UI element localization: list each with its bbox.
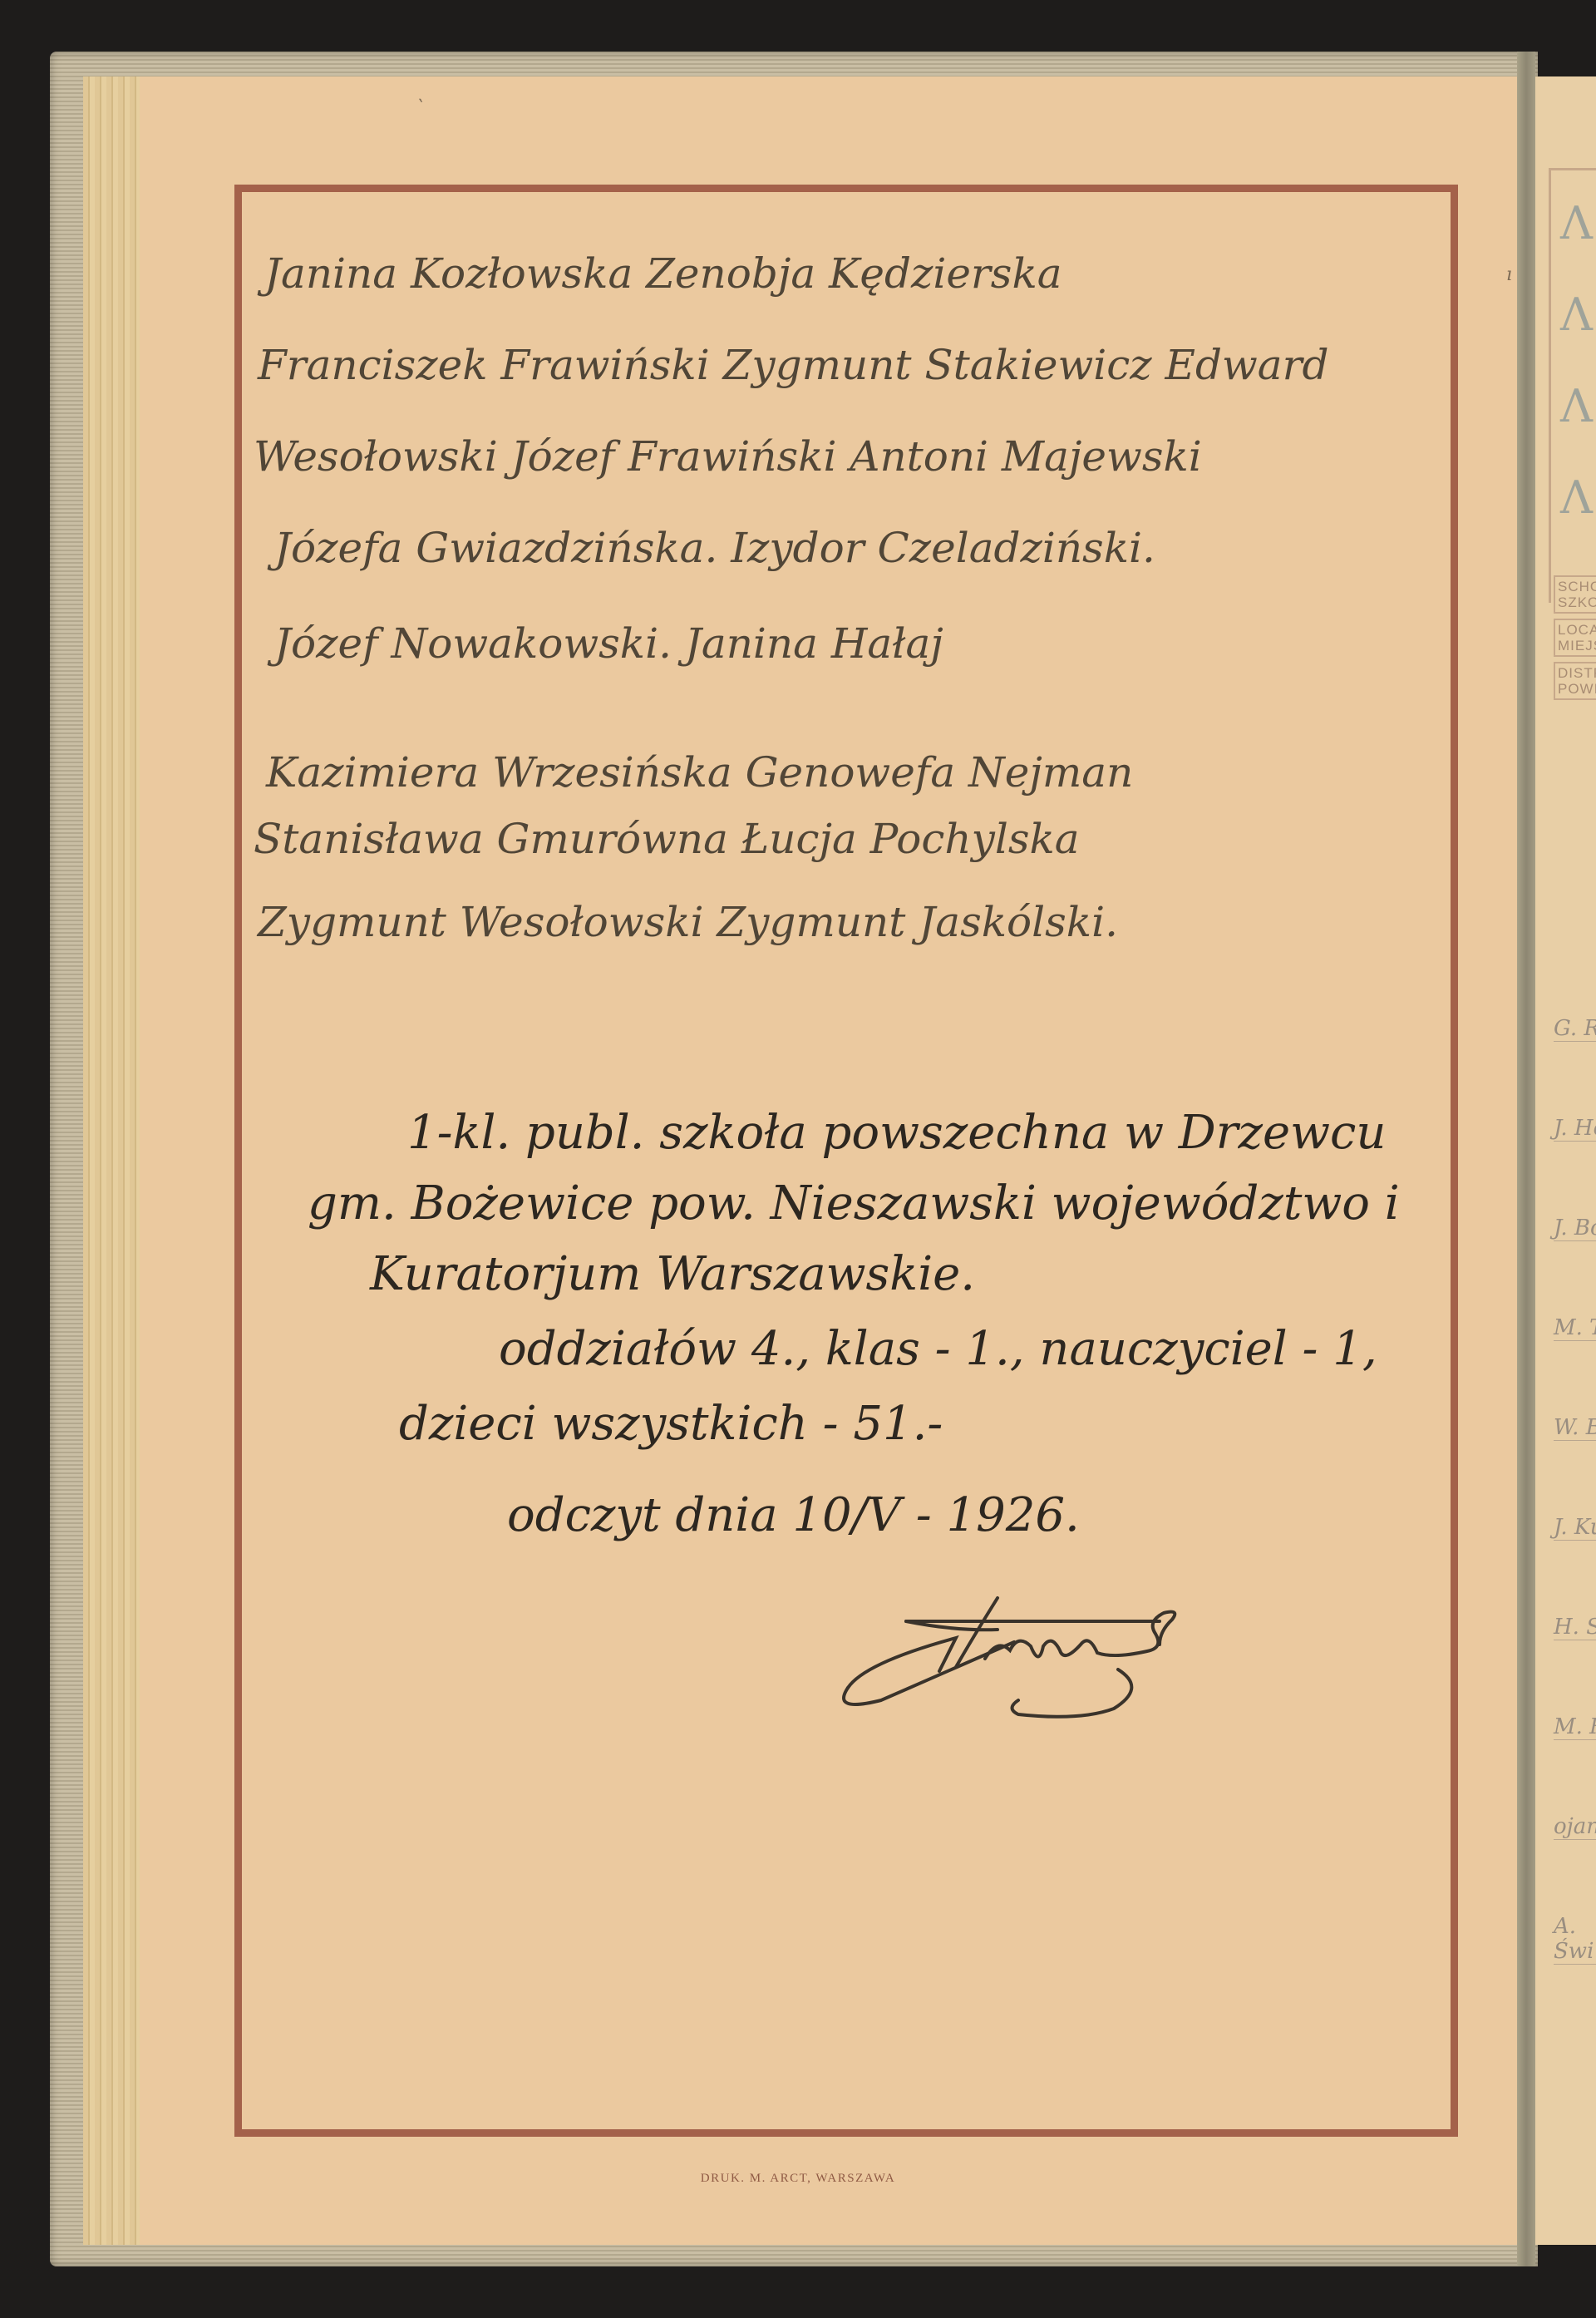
- adjacent-entry: A. Świ: [1554, 1914, 1596, 1965]
- adjacent-entry: J. Bo: [1554, 1216, 1596, 1241]
- ornament-chevron-icon: Λ: [1560, 384, 1593, 429]
- adjacent-label-district: DISTRIPOWI: [1554, 662, 1596, 700]
- adjacent-entry: W. B: [1554, 1415, 1596, 1441]
- name-line: Franciszek Frawiński Zygmunt Stakiewicz …: [258, 341, 1329, 389]
- signature-icon: [831, 1588, 1214, 1721]
- name-line: Józefa Gwiazdzińska. Izydor Czeladziński…: [274, 524, 1155, 572]
- ornament-chevron-icon: Λ: [1560, 476, 1593, 520]
- adjacent-entry: G. R: [1554, 1016, 1596, 1042]
- note-line: dzieci wszystkich - 51.-: [399, 1397, 943, 1451]
- adjacent-page: Λ Λ Λ Λ SCHOOSZKOŁ LOCALMIEJSC DISTRIPOW…: [1535, 76, 1596, 2245]
- name-line: Zygmunt Wesołowski Zygmunt Jaskólski.: [258, 898, 1118, 946]
- name-line: Janina Kozłowska Zenobja Kędzierska: [264, 249, 1062, 298]
- name-line: Wesołowski Józef Frawiński Antoni Majews…: [254, 432, 1202, 481]
- adjacent-entry: J. Ho: [1554, 1116, 1596, 1142]
- note-line: Kuratorjum Warszawskie.: [370, 1247, 975, 1301]
- ornament-chevron-icon: Λ: [1560, 293, 1593, 338]
- stray-mark: ı: [1506, 264, 1512, 285]
- adjacent-entry: H. Sz: [1554, 1615, 1596, 1640]
- name-line: Stanisława Gmurówna Łucja Pochylska: [254, 815, 1080, 863]
- name-line: Kazimiera Wrzesińska Genowefa Nejman: [266, 748, 1133, 797]
- note-line: odczyt dnia 10/V - 1926.: [507, 1488, 1080, 1542]
- adjacent-label-locality: LOCALMIEJSC: [1554, 619, 1596, 657]
- note-line: 1-kl. publ. szkoła powszechna w Drzewcu: [407, 1106, 1386, 1160]
- note-line: gm. Bożewice pow. Nieszawski województwo…: [308, 1176, 1400, 1231]
- adjacent-label-school: SCHOOSZKOŁ: [1554, 575, 1596, 614]
- page-edges: [83, 76, 143, 2245]
- adjacent-entry: M. T: [1554, 1315, 1596, 1341]
- note-line: oddziałów 4., klas - 1., nauczyciel - 1,: [499, 1322, 1377, 1376]
- printer-imprint: DRUK. M. ARCT, WARSZAWA: [0, 2172, 1596, 2186]
- adjacent-entry: J. Ku: [1554, 1515, 1596, 1541]
- ornament-chevron-icon: Λ: [1560, 201, 1593, 246]
- stray-mark: ˋ: [416, 98, 425, 119]
- book-gutter: [1517, 52, 1535, 2266]
- adjacent-entry: ojano: [1554, 1814, 1596, 1840]
- name-line: Józef Nowakowski. Janina Hałaj: [274, 619, 943, 668]
- adjacent-entry: M. Ra: [1554, 1714, 1596, 1740]
